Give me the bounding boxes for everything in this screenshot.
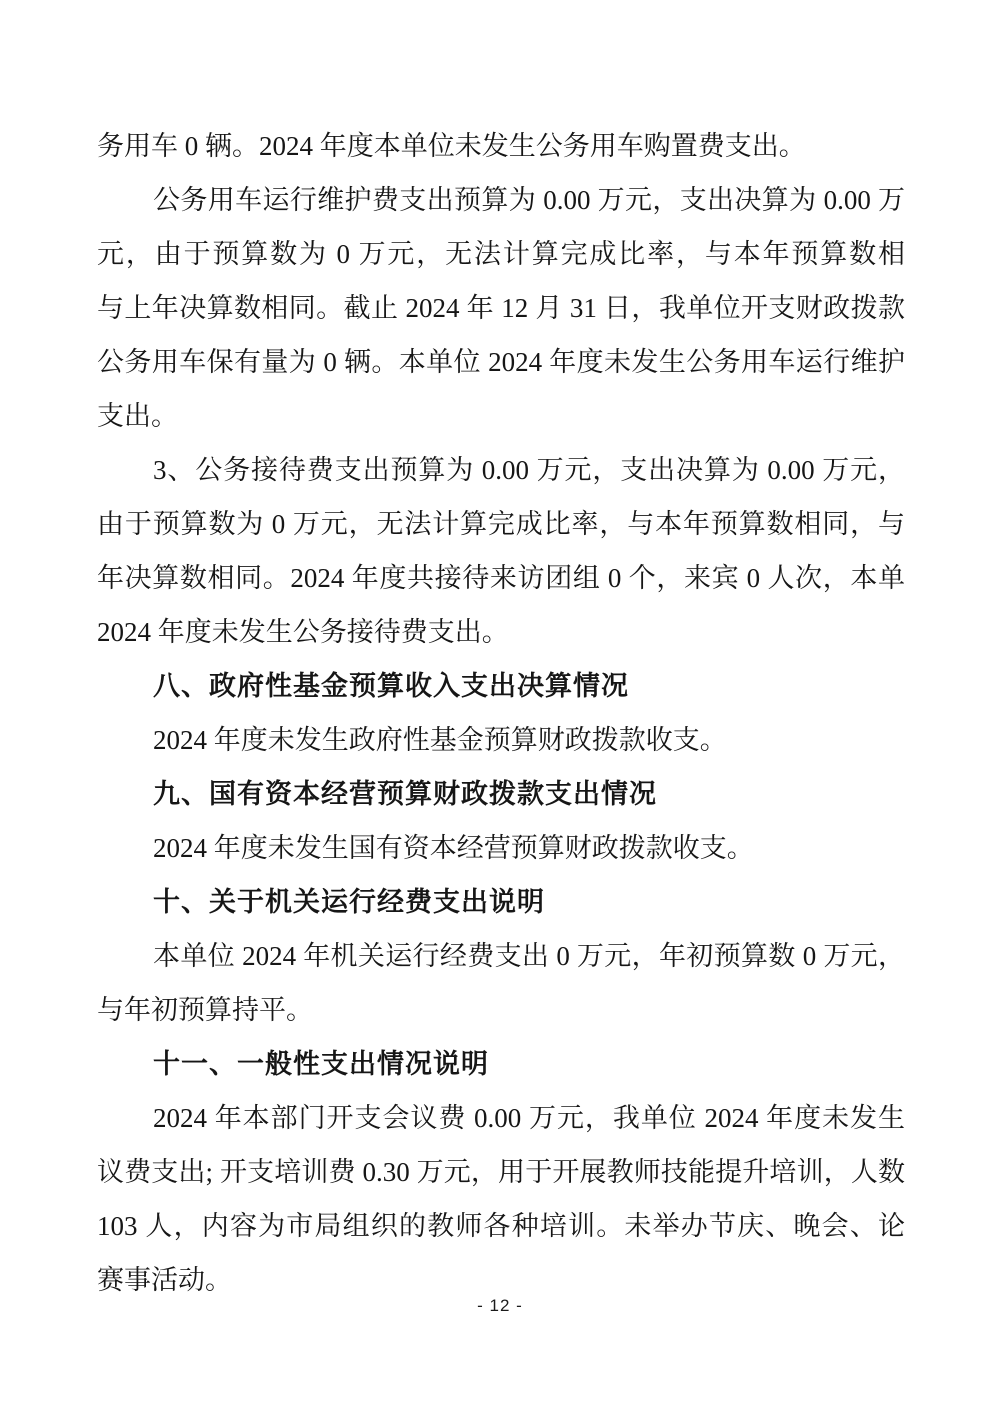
page-footer: - 12 - — [0, 1296, 1000, 1316]
page-number: - 12 - — [477, 1296, 523, 1315]
section-heading: 十、关于机关运行经费支出说明 — [97, 875, 905, 929]
section-heading: 八、政府性基金预算收入支出决算情况 — [97, 659, 905, 713]
text-line: 议费支出; 开支培训费 0.30 万元，用于开展教师技能提升培训，人数 — [97, 1145, 905, 1199]
text-line: 公务用车保有量为 0 辆。本单位 2024 年度未发生公务用车运行维护费 — [97, 335, 905, 389]
document-body: 务用车 0 辆。2024 年度本单位未发生公务用车购置费支出。 公务用车运行维护… — [97, 119, 905, 1307]
text-line: 年决算数相同。2024 年度共接待来访团组 0 个，来宾 0 人次，本单位 — [97, 551, 905, 605]
text-line: 元，由于预算数为 0 万元，无法计算完成比率，与本年预算数相同， — [97, 227, 905, 281]
text-line: 本单位 2024 年机关运行经费支出 0 万元，年初预算数 0 万元， — [97, 929, 905, 983]
section-heading: 十一、一般性支出情况说明 — [97, 1037, 905, 1091]
text-line: 2024 年度未发生公务接待费支出。 — [97, 605, 905, 659]
text-line: 与年初预算持平。 — [97, 983, 905, 1037]
text-line: 2024 年本部门开支会议费 0.00 万元，我单位 2024 年度未发生会 — [97, 1091, 905, 1145]
text-line: 支出。 — [97, 389, 905, 443]
text-line: 2024 年度未发生国有资本经营预算财政拨款收支。 — [97, 821, 905, 875]
text-line: 与上年决算数相同。截止 2024 年 12 月 31 日，我单位开支财政拨款的 — [97, 281, 905, 335]
text-line: 2024 年度未发生政府性基金预算财政拨款收支。 — [97, 713, 905, 767]
text-line: 103 人，内容为市局组织的教师各种培训。未举办节庆、晚会、论坛、 — [97, 1199, 905, 1253]
text-line: 由于预算数为 0 万元，无法计算完成比率，与本年预算数相同，与上 — [97, 497, 905, 551]
text-line: 3、公务接待费支出预算为 0.00 万元，支出决算为 0.00 万元， — [97, 443, 905, 497]
text-line: 务用车 0 辆。2024 年度本单位未发生公务用车购置费支出。 — [97, 119, 905, 173]
section-heading: 九、国有资本经营预算财政拨款支出情况 — [97, 767, 905, 821]
document-page: 务用车 0 辆。2024 年度本单位未发生公务用车购置费支出。 公务用车运行维护… — [0, 0, 1000, 1414]
text-line: 公务用车运行维护费支出预算为 0.00 万元，支出决算为 0.00 万 — [97, 173, 905, 227]
